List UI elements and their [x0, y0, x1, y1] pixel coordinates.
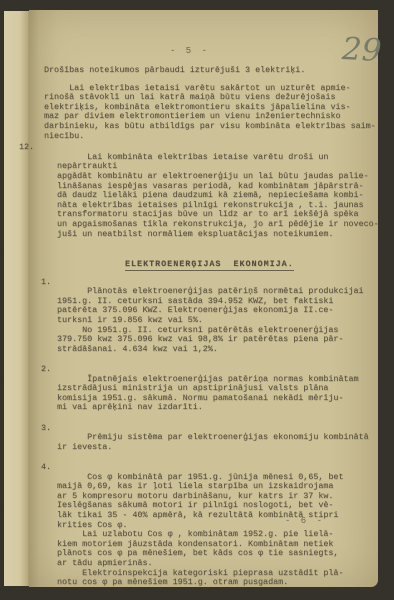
page-number-top: - 5 -: [170, 46, 210, 56]
item-number: 4.: [41, 463, 51, 473]
text-column: Drošības noteikumos pārbaudi izturējuši …: [44, 66, 382, 597]
item-text: Plānotās elektroenerģijas patēriņš normē…: [57, 286, 364, 354]
list-item-2: 2.Īpatnējais elektroenerģijas patēriņa n…: [44, 365, 382, 423]
page-number-bottom: - 6 -: [285, 516, 325, 526]
item-text: Cos φ kombinātā par 1951.g. jūnija mēnes…: [57, 472, 343, 588]
list-item-1: 1.Plānotās elektroenerģijas patēriņš nor…: [44, 278, 382, 364]
item-number: 12.: [19, 143, 34, 153]
item-number: 1.: [41, 278, 51, 288]
list-item-3: 3.Prēmiju sistēma par elektroenerģijas e…: [44, 424, 382, 462]
document-page: - 5 - 29 Drošības noteikumos pārbaudi iz…: [29, 10, 378, 587]
list-item-4: 4.Cos φ kombinātā par 1951.g. jūnija mēn…: [44, 463, 382, 597]
item-text: Lai kombināta elektrības ietaise varētu …: [57, 152, 379, 239]
paragraph-electricians: Lai elektrības ietaisi varētu sakārtot u…: [44, 84, 382, 142]
item-number: 3.: [41, 424, 51, 434]
handwritten-page-mark: 29: [341, 31, 382, 69]
item-number: 2.: [41, 365, 51, 375]
item-text: Īpatnējais elektroenerģijas patēriņa nor…: [57, 374, 359, 413]
section-heading: ELEKTROENERĢIJAS EKONOMIJA.: [125, 260, 294, 272]
paragraph-safety-note: Drošības noteikumos pārbaudi izturējuši …: [44, 66, 382, 76]
heading-row: ELEKTROENERĢIJAS EKONOMIJA.: [44, 249, 382, 269]
underlying-page-edge: [4, 11, 30, 586]
list-item-12: 12.Lai kombināta elektrības ietaise varē…: [44, 143, 382, 249]
scanned-document-photo: { "doc": { "page_number_top": "- 5 -", "…: [0, 0, 394, 600]
item-text: Prēmiju sistēma par elektroenerģijas eko…: [57, 432, 369, 452]
